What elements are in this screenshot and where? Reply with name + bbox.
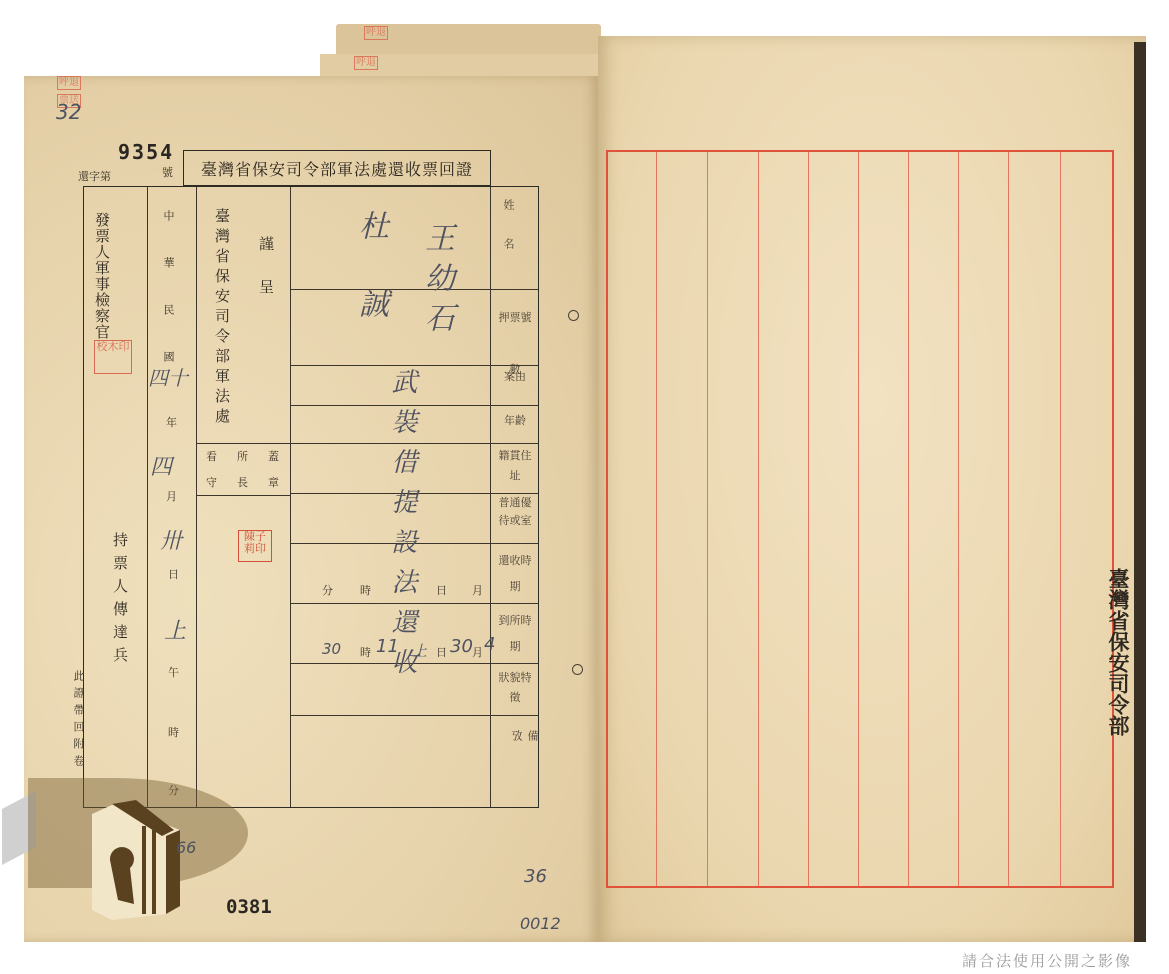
- grid-line: [908, 152, 909, 886]
- warden-label-line2: 守長章: [206, 474, 299, 490]
- red-ruled-grid: [606, 150, 1114, 888]
- usage-watermark: 請合法使用公開之影像: [962, 950, 1132, 971]
- handwritten-page-number: 32: [56, 100, 81, 124]
- grid-line: [758, 152, 759, 886]
- date-hour-label: 時: [168, 724, 179, 740]
- date-ampm: 上: [164, 614, 186, 645]
- date-month: 四: [150, 450, 172, 481]
- label-arrival-time: 到所時期: [494, 608, 536, 660]
- grid-line: [958, 152, 959, 886]
- issuer: 發票人軍事檢察官: [92, 212, 113, 340]
- archive-logo-icon: [92, 800, 188, 924]
- issuer-seal: 校木印: [94, 340, 132, 374]
- back-sheet-stamp: 呼退: [364, 26, 388, 40]
- date-day-label: 日: [168, 566, 179, 582]
- archive-mark: 36: [524, 866, 547, 887]
- divider: [196, 443, 290, 444]
- label-features: 狀貌特徵: [494, 668, 536, 708]
- arrival-minute: 30: [322, 640, 341, 658]
- label-case-reason: 案由: [494, 368, 536, 386]
- grid-line: [656, 152, 657, 886]
- handwritten-name-2: 杜誠: [348, 210, 392, 366]
- divider: [147, 187, 148, 807]
- date-year-label: 年: [166, 414, 177, 430]
- date-month-label: 月: [166, 488, 177, 504]
- label-name: 姓名: [500, 198, 516, 278]
- grid-line: [1008, 152, 1009, 886]
- arrival-hour-label: 時: [360, 644, 371, 660]
- right-page-side-title: 臺灣省保安司令部: [1116, 568, 1138, 736]
- warden-seal: 陳子莉印: [238, 530, 272, 562]
- template-day: 日: [436, 582, 447, 598]
- arrival-month-label: 月: [472, 644, 483, 660]
- number-prefix: 還字第: [78, 168, 111, 184]
- grid-line: [858, 152, 859, 886]
- divider: [490, 187, 491, 807]
- arrival-ampm: 上: [412, 640, 427, 661]
- arrival-hour: 11: [376, 636, 399, 657]
- divider: [290, 187, 291, 807]
- divider: [196, 187, 197, 807]
- divider: [196, 495, 290, 496]
- addressee: 臺灣省保安司令部軍法處: [212, 208, 233, 428]
- footnote: 此證帶回附卷: [70, 670, 86, 772]
- divider: [290, 715, 538, 716]
- page-edge: [1134, 42, 1146, 942]
- addressee-header: 謹呈: [256, 236, 277, 322]
- template-hour: 時: [360, 582, 371, 598]
- form-table: [83, 186, 539, 808]
- punch-hole: [572, 664, 583, 675]
- grid-line: [808, 152, 809, 886]
- arrival-day: 30: [450, 636, 473, 657]
- number-suffix: 號: [162, 164, 173, 180]
- archive-number: 0012: [520, 914, 561, 933]
- date-ampm-label: 午: [168, 664, 179, 680]
- label-return-time: 還收時期: [494, 548, 536, 600]
- warden-label-line1: 看所蓋: [206, 448, 299, 464]
- bearer: 持票人傳達兵: [110, 532, 131, 670]
- label-address: 籍貫住址: [494, 446, 536, 486]
- serial-number: 9354: [118, 140, 174, 164]
- bottom-serial: 0381: [226, 896, 272, 918]
- label-remarks: 備攷: [508, 722, 540, 798]
- arrival-month: 4: [484, 634, 495, 655]
- grid-line: [1060, 152, 1061, 886]
- arrival-day-label: 日: [436, 644, 447, 660]
- handwritten-bottom-number: 66: [176, 838, 196, 857]
- back-sheet-stamp-2: 呼退: [354, 56, 378, 70]
- date-day: 卅: [160, 524, 182, 555]
- template-minute: 分: [322, 582, 333, 598]
- handwritten-name-1: 王幼石: [414, 222, 458, 342]
- grid-line: [707, 152, 708, 886]
- label-treatment: 普通優待或室: [494, 494, 536, 530]
- punch-hole: [568, 310, 579, 321]
- template-month: 月: [472, 582, 483, 598]
- form-title: 臺灣省保安司令部軍法處還收票回證: [183, 150, 491, 186]
- label-age: 年齡: [494, 412, 536, 428]
- form-title-text: 臺灣省保安司令部軍法處還收票回證: [201, 157, 473, 180]
- date-year: 四十: [148, 362, 188, 391]
- top-stamp-1: 呼退: [57, 76, 81, 90]
